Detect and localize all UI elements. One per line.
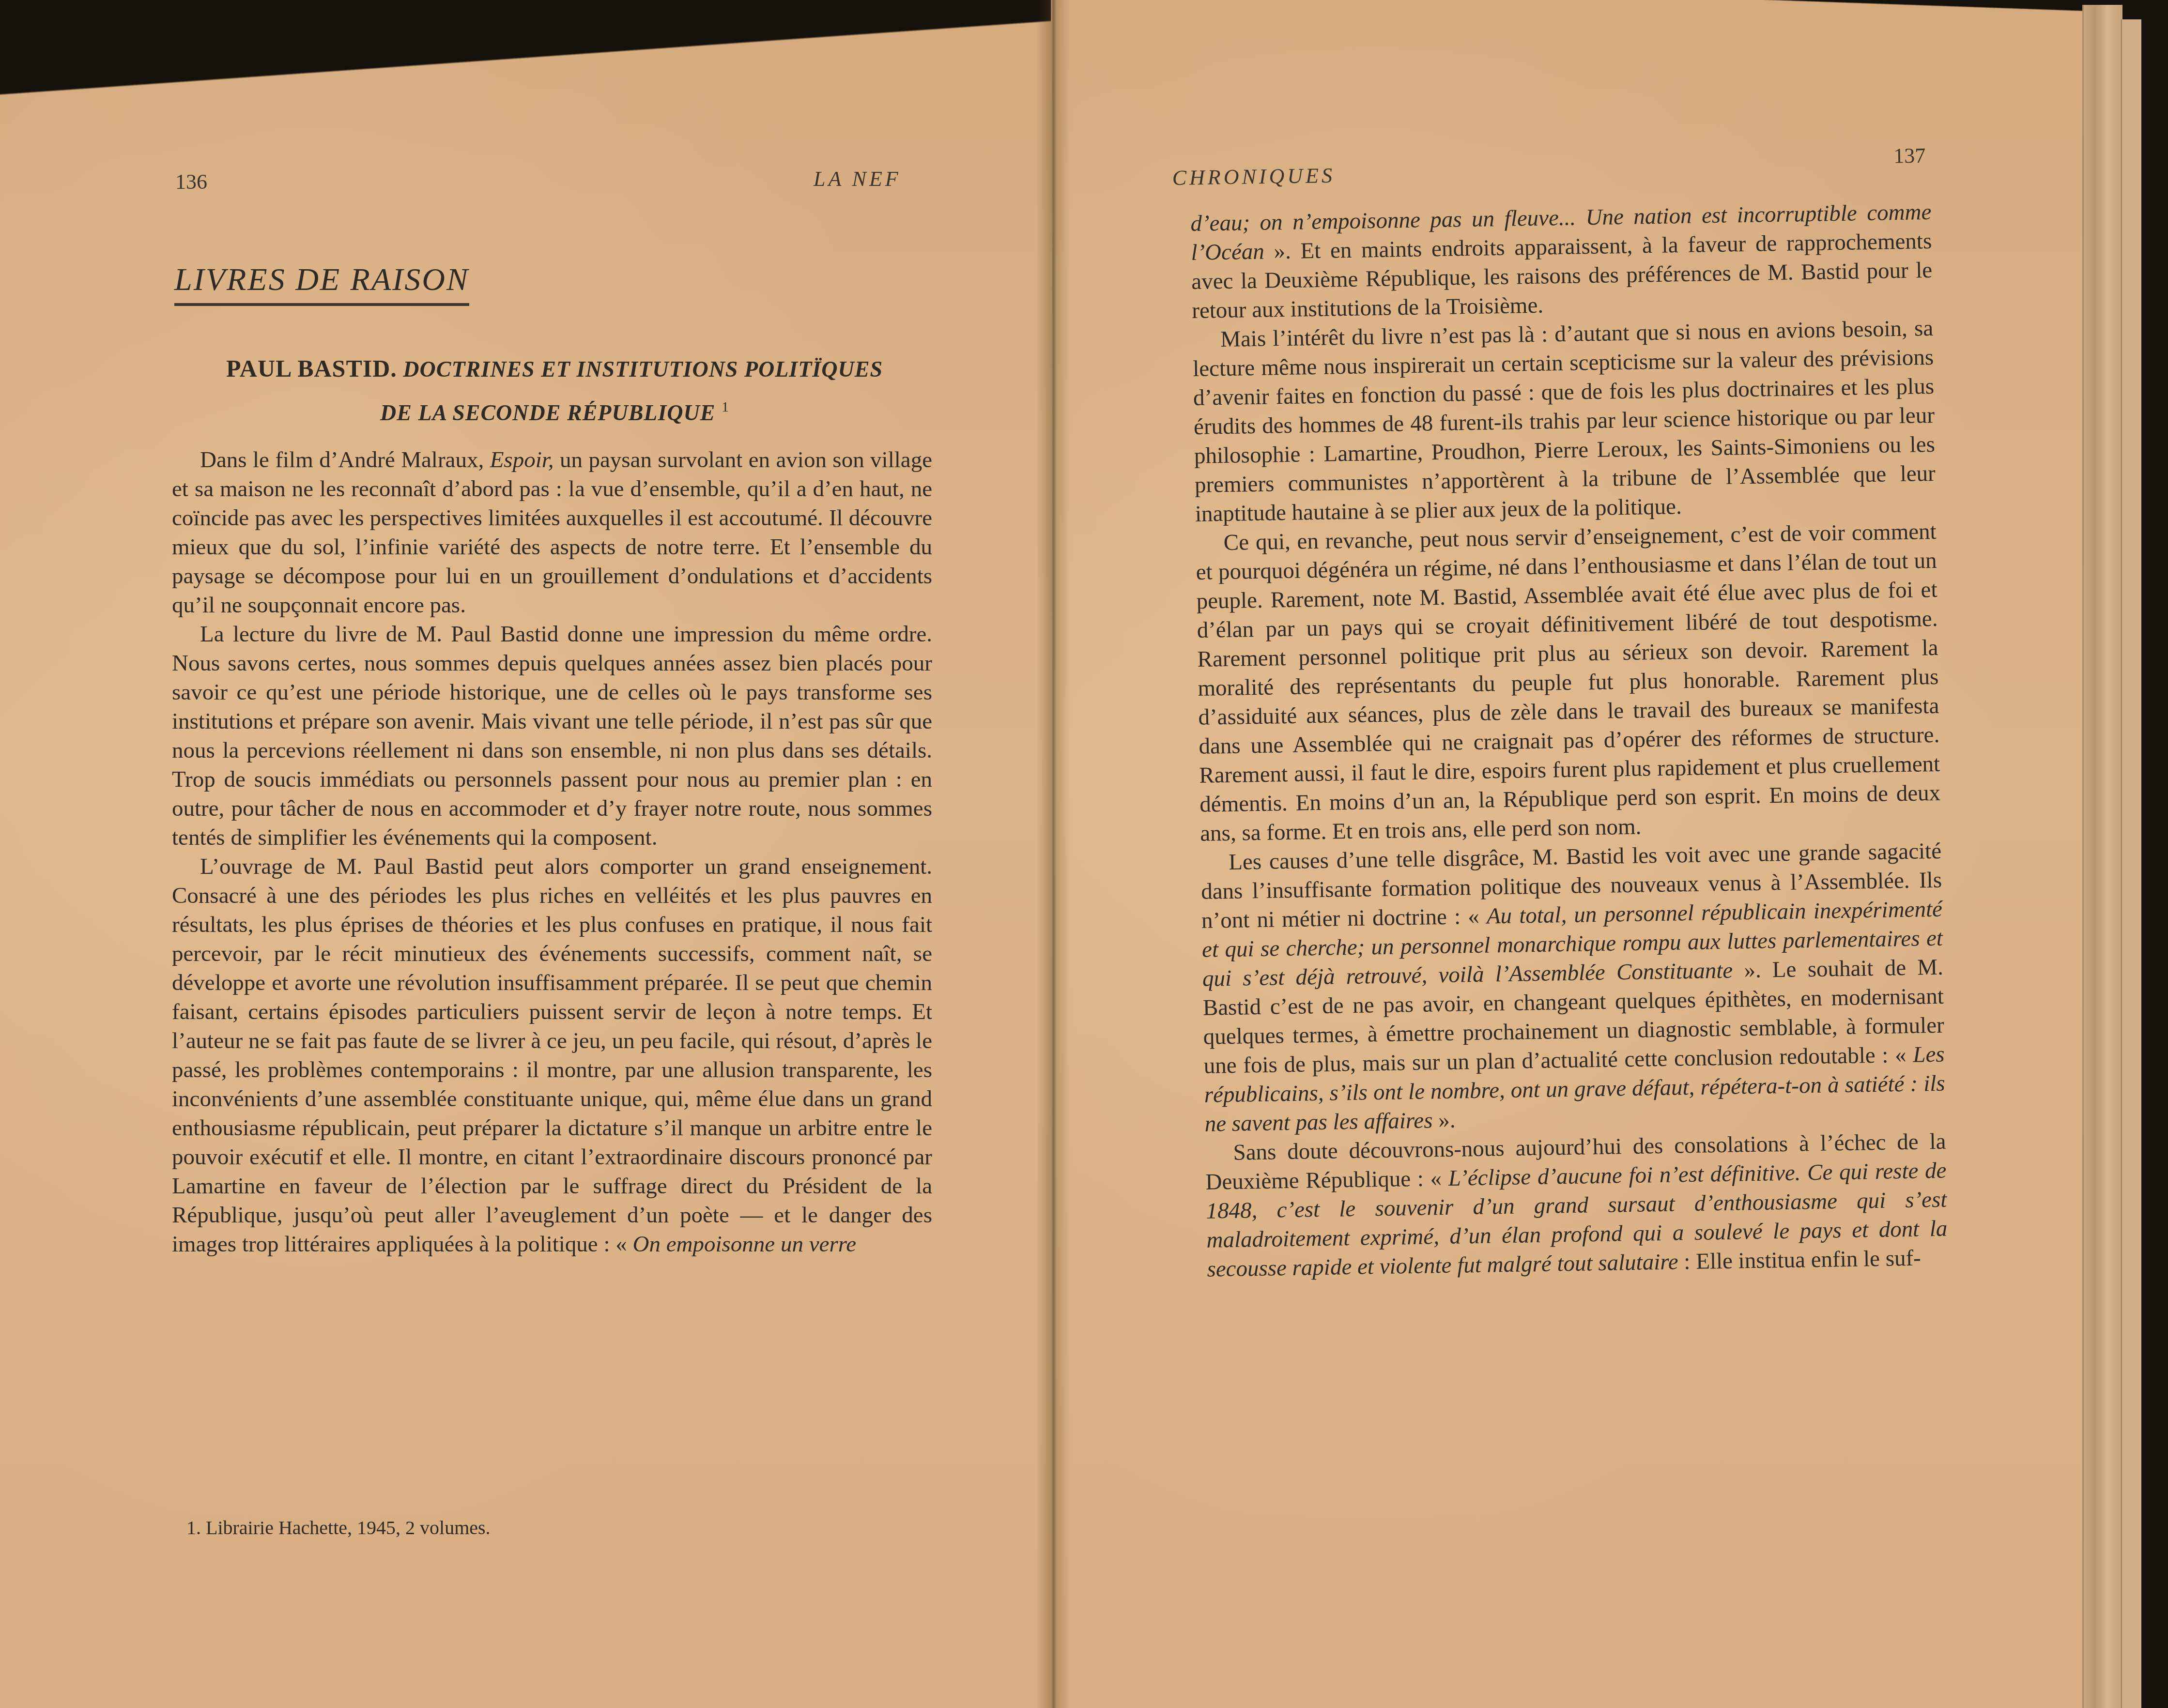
book-title-line1: DOCTRINES ET INSTITUTIONS POLITÏQUES (403, 357, 883, 381)
left-text-column: Dans le film d’André Malraux, Espoir, un… (172, 445, 932, 1259)
italic-quote: Espoir, (490, 447, 554, 473)
text-run: La lecture du livre de M. Paul Bastid do… (172, 622, 932, 850)
text-run: un paysan survolant en avion son village… (172, 447, 932, 618)
paragraph: d’eau; on n’empoisonne pas un fleuve... … (1190, 198, 1933, 325)
text-run: ». (1432, 1108, 1456, 1133)
section-title: LIVRES DE RAISON (174, 261, 469, 306)
paragraph: Sans doute découvrons-nous aujourd’hui d… (1205, 1127, 1948, 1284)
page-fore-edge (2082, 5, 2122, 1708)
text-run: Ce qui, en revanche, peut nous servir d’… (1196, 519, 1940, 846)
text-run: Dans le film d’André Malraux, (200, 447, 490, 473)
running-head-left: LA NEF (814, 167, 901, 191)
text-run: : Elle institua enfin le suf- (1678, 1246, 1921, 1275)
italic-quote: On empoisonne un verre (632, 1232, 856, 1257)
paragraph: La lecture du livre de M. Paul Bastid do… (172, 620, 932, 852)
review-heading-line1: PAUL BASTID. DOCTRINES ET INSTITUTIONS P… (174, 350, 935, 388)
page-number-right: 137 (1893, 143, 1926, 168)
text-run: Mais l’intérêt du livre n’est pas là : d… (1193, 316, 1936, 527)
paragraph: Dans le film d’André Malraux, Espoir, un… (172, 445, 932, 620)
footnote-reference: 1 (722, 399, 729, 415)
paragraph: Les causes d’une telle disgrâce, M. Bast… (1200, 837, 1946, 1139)
page-fore-edge-outer (2121, 19, 2141, 1708)
book-gutter (1036, 0, 1070, 1708)
footnote: 1. Librairie Hachette, 1945, 2 volumes. (186, 1516, 491, 1539)
book-title-line2: DE LA SECONDE RÉPUBLIQUE (380, 400, 715, 425)
review-heading: PAUL BASTID. DOCTRINES ET INSTITUTIONS P… (174, 350, 935, 432)
page-number-left: 136 (175, 169, 207, 194)
paragraph: Ce qui, en revanche, peut nous servir d’… (1195, 517, 1941, 848)
book-author: PAUL BASTID. (226, 355, 397, 382)
text-run: ». Et en maints endroits apparaissent, à… (1191, 229, 1933, 323)
right-text-column: d’eau; on n’empoisonne pas un fleuve... … (1190, 198, 1948, 1284)
book-spread: 136 LA NEF LIVRES DE RAISON PAUL BASTID.… (0, 0, 2168, 1708)
paragraph: Mais l’intérêt du livre n’est pas là : d… (1192, 314, 1936, 529)
text-run: L’ouvrage de M. Paul Bastid peut alors c… (172, 854, 932, 1257)
review-heading-line2: DE LA SECONDE RÉPUBLIQUE 1 (174, 388, 935, 432)
running-head-right: CHRONIQUES (1172, 163, 1335, 190)
paragraph: L’ouvrage de M. Paul Bastid peut alors c… (172, 852, 932, 1259)
